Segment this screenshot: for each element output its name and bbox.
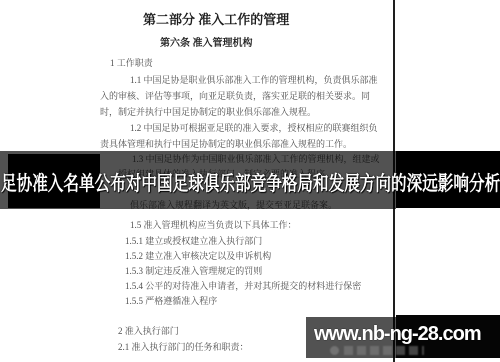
faint-sub-watermark: [330, 345, 426, 356]
document-line: 1 工作职责: [110, 58, 153, 69]
watermark-url: www.nb-ng-28.com: [314, 324, 500, 344]
document-line: 1.5.5 严格遵循准入程序: [125, 296, 217, 307]
document-line: 时，制定并执行中国足协制定的职业俱乐部准入规程。: [100, 107, 316, 118]
document-line: 入的审核、评估等事项，向亚足联负责，落实亚足联的相关要求。同: [100, 91, 370, 102]
document-line: 1.5.3 制定违反准入管理规定的罚则: [125, 266, 262, 277]
document-line: 1.5.4 公平的对待准入申请者，并对其所提交的材料进行保密: [125, 281, 361, 292]
document-line: 1.2 中国足协可根据亚足联的准入要求，授权相应的联赛组织负: [130, 123, 378, 134]
sub-watermark-blurred-text: [344, 346, 424, 355]
document-line: 责具体管理和执行中国足协制定的职业俱乐部准入规程的工作。: [100, 139, 352, 150]
article-image: 第二部分 准入工作的管理 第六条 准入管理机构 1 工作职责1.1 中国足协是职…: [0, 0, 500, 362]
document-line: 1.1 中国足协是职业俱乐部准入工作的管理机构，负责俱乐部准: [130, 75, 378, 86]
document-line: 1.5.2 建立准入审核决定以及申诉机构: [125, 251, 271, 262]
sub-watermark-logo-icon: [330, 346, 339, 355]
document-section-title: 第二部分 准入工作的管理: [143, 9, 289, 28]
headline-banner-title: 足协准入名单公布对中国足球俱乐部竞争格局和发展方向的深远影响分析: [1, 173, 391, 196]
document-line: 2 准入执行部门: [118, 326, 179, 337]
document-line: 2.1 准入执行部门的任务和职责：: [118, 342, 249, 353]
document-line: 1.5 准入管理机构应当负责以下具体工作：: [130, 220, 297, 231]
document-article-heading: 第六条 准入管理机构: [160, 34, 253, 49]
document-line: 1.5.1 建立或授权建立准入执行部门: [125, 236, 262, 247]
